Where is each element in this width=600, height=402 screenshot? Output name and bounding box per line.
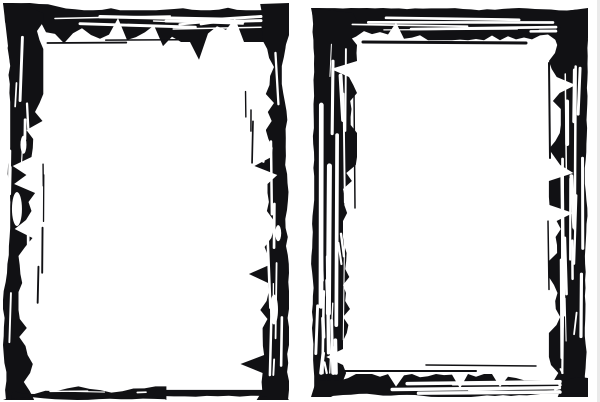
canvas (0, 0, 600, 402)
grunge-frame-left (0, 0, 292, 402)
grunge-frame-right (308, 0, 592, 402)
scratched-grunge-frame-graphic (308, 0, 592, 402)
brush-stroke-grunge-frame-graphic (0, 0, 292, 402)
